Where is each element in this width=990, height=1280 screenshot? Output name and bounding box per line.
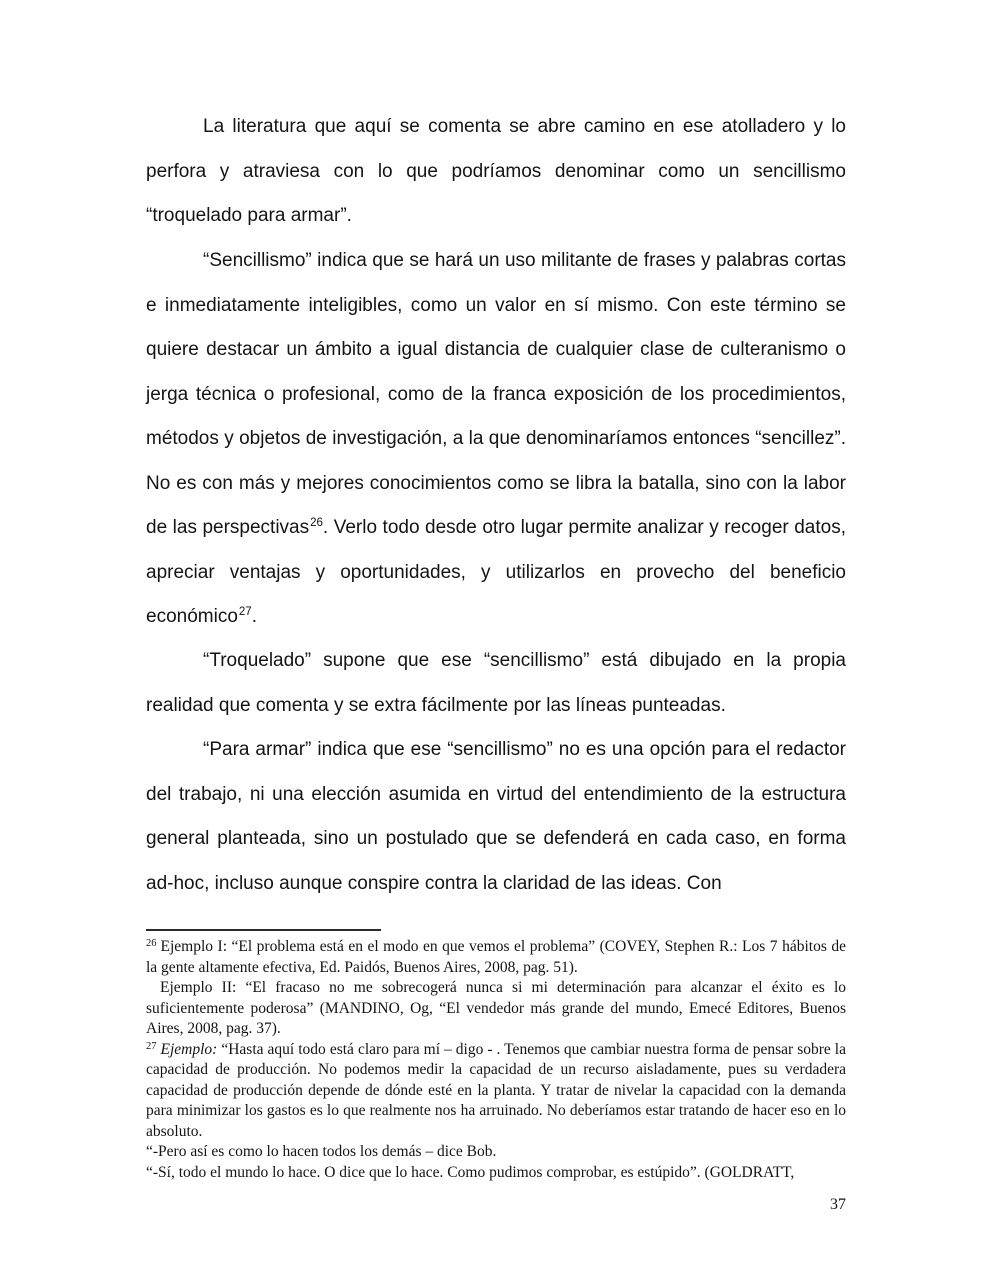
footnote-27-dialogue-2-text: “-Sí, todo el mundo lo hace. O dice que … (146, 1164, 794, 1181)
paragraph-2-period: . (252, 606, 257, 627)
paragraph-2-text: “Sencillismo” indica que se hará un uso … (146, 250, 846, 538)
footnote-27-dialogue-1: “-Pero así es como lo hacen todos los de… (146, 1142, 846, 1163)
footnote-ref-26: 26 (310, 517, 323, 529)
document-page: La literatura que aquí se comenta se abr… (0, 0, 990, 1280)
paragraph-3: “Troquelado” supone que ese “sencillismo… (146, 639, 846, 728)
page-number: 37 (146, 1196, 846, 1214)
footnote-27-dialogue-2: “-Sí, todo el mundo lo hace. O dice que … (146, 1163, 846, 1184)
footnote-27-lead-italic: Ejemplo: (161, 1041, 218, 1058)
footnote-27: 27Ejemplo: “Hasta aquí todo está claro p… (146, 1040, 846, 1143)
paragraph-1: La literatura que aquí se comenta se abr… (146, 105, 846, 239)
footnote-27-dialogue-1-text: “-Pero así es como lo hacen todos los de… (146, 1143, 496, 1160)
footnote-26-example-2: Ejemplo II: “El fracaso no me sobrecoger… (146, 978, 846, 1040)
paragraph-2: “Sencillismo” indica que se hará un uso … (146, 239, 846, 640)
paragraph-4: “Para armar” indica que ese “sencillismo… (146, 728, 846, 906)
paragraph-3-text: “Troquelado” supone que ese “sencillismo… (146, 650, 846, 716)
footnote-27-marker: 27 (146, 1041, 157, 1052)
footnote-26-example-2-text: Ejemplo II: “El fracaso no me sobrecoger… (146, 979, 846, 1037)
paragraph-4-text: “Para armar” indica que ese “sencillismo… (146, 739, 846, 894)
footnote-separator (146, 929, 381, 931)
footnote-ref-27: 27 (239, 606, 252, 618)
footnote-26-text: Ejemplo I: “El problema está en el modo … (146, 938, 846, 976)
footnote-27-text: “Hasta aquí todo está claro para mí – di… (146, 1041, 846, 1140)
footnote-section: 26Ejemplo I: “El problema está en el mod… (146, 929, 846, 1183)
footnote-26: 26Ejemplo I: “El problema está en el mod… (146, 937, 846, 978)
footnote-26-marker: 26 (146, 938, 157, 949)
paragraph-1-text: La literatura que aquí se comenta se abr… (146, 116, 846, 226)
